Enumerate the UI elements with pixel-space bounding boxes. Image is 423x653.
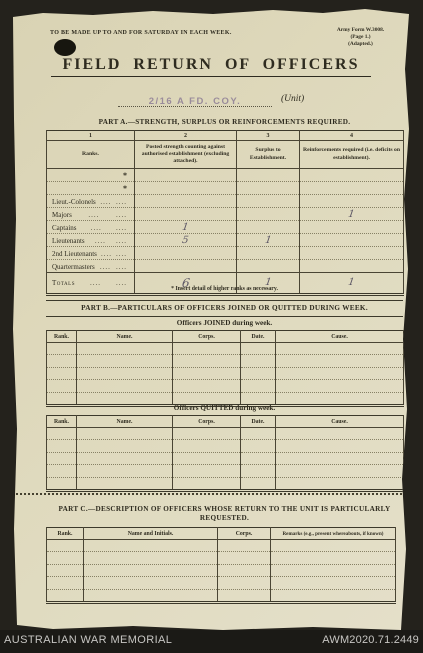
header-rank: Rank.: [47, 528, 84, 540]
rank-label: 2nd Lieutenants: [52, 250, 97, 258]
punch-hole: [54, 39, 76, 56]
header-date: Date.: [241, 331, 276, 343]
form-paper: TO BE MADE UP TO AND FOR SATURDAY IN EAC…: [13, 9, 409, 630]
col-number: 3: [237, 131, 300, 141]
header-date: Date.: [241, 416, 276, 428]
empty-row: [47, 380, 404, 392]
asterisk: *: [123, 184, 127, 193]
rank-row-lieut-colonels: Lieut.-Colonels........: [47, 195, 404, 208]
header-row: Rank. Name and Initials. Corps. Remarks …: [47, 528, 396, 540]
asterisk: *: [123, 171, 127, 180]
unit-stamp: 2/16 A FD. COY.: [149, 96, 242, 107]
col-number: 4: [300, 131, 404, 141]
header-corps: Corps.: [173, 416, 241, 428]
header-row: Rank. Name. Corps. Date. Cause.: [47, 416, 404, 428]
empty-row: [47, 428, 404, 440]
empty-row: [47, 540, 396, 552]
empty-row: [47, 577, 396, 589]
header-reinforcements: Reinforcements required (i.e. deficits o…: [300, 141, 404, 169]
header-rank: Rank.: [47, 331, 77, 343]
form-number-line2: (Page 1.): [318, 34, 403, 41]
entry-surplus: 1: [264, 236, 272, 246]
header-remarks: Remarks (e.g., present whereabouts, if k…: [271, 528, 396, 540]
scanned-document-photo: TO BE MADE UP TO AND FOR SATURDAY IN EAC…: [0, 0, 423, 653]
empty-row: [47, 440, 404, 452]
part-a-table: 1 2 3 4 Ranks. Posted strength counting …: [46, 130, 404, 296]
empty-row: [47, 367, 404, 379]
col-number: 2: [135, 131, 237, 141]
form-number: Army Form W.3008. (Page 1.) (Adapted.): [318, 27, 403, 47]
header-row: Rank. Name. Corps. Date. Cause.: [47, 331, 404, 343]
header-corps: Corps.: [218, 528, 271, 540]
empty-row: [47, 355, 404, 367]
entry-reinforcements: 1: [348, 210, 356, 220]
archive-name: AUSTRALIAN WAR MEMORIAL: [4, 634, 172, 646]
rank-row-2nd-lieutenants: 2nd Lieutenants........: [47, 247, 404, 260]
part-b-heading: PART B.—PARTICULARS OF OFFICERS JOINED O…: [46, 304, 403, 313]
header-row: Ranks. Posted strength counting against …: [47, 141, 404, 169]
rank-row-quartermasters: Quartermasters........: [47, 260, 404, 273]
header-rank: Rank.: [47, 416, 77, 428]
empty-row: [47, 343, 404, 355]
perforation-line: [13, 493, 409, 495]
col-number: 1: [47, 131, 135, 141]
form-number-line1: Army Form W.3008.: [318, 27, 403, 34]
empty-row: [47, 452, 404, 464]
rank-label: Lieutenants: [52, 237, 85, 245]
form-number-line3: (Adapted.): [318, 41, 403, 48]
header-name-initials: Name and Initials.: [84, 528, 218, 540]
column-number-row: 1 2 3 4: [47, 131, 404, 141]
officers-quitted-table: Rank. Name. Corps. Date. Cause.: [46, 415, 404, 492]
rank-label: Quartermasters: [52, 263, 95, 271]
entry-posted: 1: [182, 223, 190, 233]
rank-row-lieutenants: Lieutenants........ 5 1: [47, 234, 404, 247]
top-instruction: TO BE MADE UP TO AND FOR SATURDAY IN EAC…: [50, 30, 232, 36]
joined-title: Officers JOINED during week.: [46, 319, 403, 327]
header-name: Name.: [77, 416, 173, 428]
header-ranks: Ranks.: [47, 141, 135, 169]
form-title: FIELD RETURN OF OFFICERS: [51, 56, 372, 77]
archive-caption-bar: AUSTRALIAN WAR MEMORIAL AWM2020.71.2449: [0, 630, 423, 653]
header-surplus: Surplus to Establishment.: [237, 141, 300, 169]
form-title-wrap: FIELD RETURN OF OFFICERS: [13, 56, 409, 77]
part-c-heading: PART C.—DESCRIPTION OF OFFICERS WHOSE RE…: [46, 505, 403, 522]
accession-number: AWM2020.71.2449: [322, 634, 419, 646]
empty-row: [47, 477, 404, 490]
part-c-table: Rank. Name and Initials. Corps. Remarks …: [46, 527, 396, 604]
part-a-footnote: * Insert detail of higher ranks as neces…: [46, 286, 403, 292]
blank-rank-row: *: [47, 182, 404, 195]
quitted-title: Officers QUITTED during week.: [46, 404, 403, 412]
header-cause: Cause.: [276, 416, 404, 428]
rank-label: Lieut.-Colonels: [52, 198, 96, 206]
empty-row: [47, 465, 404, 477]
rank-row-majors: Majors........ 1: [47, 208, 404, 221]
unit-field: 2/16 A FD. COY.: [118, 87, 272, 107]
rank-row-captains: Captains........ 1: [47, 221, 404, 234]
divider-rule: [46, 316, 403, 317]
empty-row: [47, 564, 396, 576]
header-corps: Corps.: [173, 331, 241, 343]
empty-row: [47, 552, 396, 564]
part-a-heading: PART A.—STRENGTH, SURPLUS OR REINFORCEME…: [46, 118, 403, 127]
divider-rule: [46, 300, 403, 301]
header-cause: Cause.: [276, 331, 404, 343]
blank-rank-row: *: [47, 169, 404, 182]
officers-joined-table: Rank. Name. Corps. Date. Cause.: [46, 330, 404, 407]
empty-row: [47, 589, 396, 602]
header-name: Name.: [77, 331, 173, 343]
entry-posted: 5: [182, 236, 190, 246]
rank-label: Majors: [52, 211, 72, 219]
rank-label: Captains: [52, 224, 77, 232]
unit-label: (Unit): [281, 94, 304, 104]
header-posted-strength: Posted strength counting against authori…: [135, 141, 237, 169]
part-c-heading-line1: PART C.—DESCRIPTION OF OFFICERS WHOSE RE…: [46, 505, 403, 514]
part-c-heading-line2: REQUESTED.: [46, 514, 403, 523]
